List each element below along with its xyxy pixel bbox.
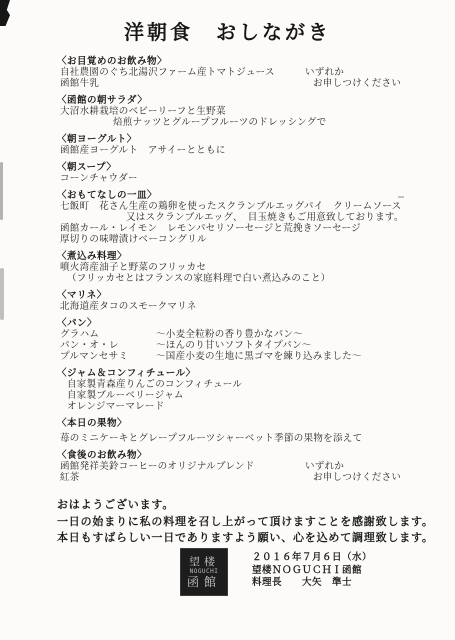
footer: 望楼 NOGUCHI 函館 ２０１６年７月６日（水） 望楼ＮＯＧＵＣＨＩ函館 料… — [180, 548, 372, 596]
section-heading: 〈朝ヨーグルト〉 — [57, 134, 455, 145]
menu-sections: 〈お目覚めのお飲み物〉自社農園のぐち北湯沢ファーム産トマトジュースいずれか函館牛… — [57, 56, 455, 483]
menu-section: 〈本日の果物〉苺のミニケーキとグレープフルーツシャーベット季節の果物を添えて — [57, 418, 455, 444]
menu-item-row: オレンジマーマレード — [57, 401, 455, 412]
stamp-logo-text: 函館 — [187, 576, 221, 589]
greeting-block: おはようございます。 一日の始まりに私の料理を召し上がって頂けますことを感謝致し… — [57, 497, 455, 547]
menu-section: 〈煮込み料理〉噴火湾産油子と野菜のフリッカセ（フリッカセとはフランスの家庭料理で… — [57, 251, 455, 284]
menu-item-text: 自社農園のぐち北湯沢ファーム産トマトジュース — [60, 67, 275, 78]
menu-item-row: 函館産ヨーグルト アサイーとともに — [57, 145, 455, 156]
menu-item-text: パン・オ・レ — [60, 340, 156, 351]
menu-item-text: 函館発祥美鈴コーヒーのオリジナルブレンド — [60, 461, 255, 472]
section-heading: 〈ジャム＆コンフィチュール〉 — [57, 368, 455, 379]
greeting-line: おはようございます。 — [57, 497, 455, 514]
chef-name: 料理長 大矢 準士 — [252, 577, 372, 590]
menu-section: 〈おもてなしの一皿〉七飯町 花さん生産の鶏卵を使ったスクランブルエッグパイ クリ… — [57, 190, 455, 245]
menu-item-text: コーンチャウダー — [60, 173, 138, 184]
section-heading: 〈マリネ〉 — [57, 290, 455, 301]
menu-item-text: 厚切りの味噌漬けベーコングリル — [60, 234, 207, 245]
page-title: 洋朝食 おしながき — [0, 0, 455, 46]
menu-item-row: 紅茶お申しつけください — [57, 472, 455, 483]
menu-item-row: 焙煎ナッツとグループフルーツのドレッシングで — [57, 117, 455, 128]
section-heading: 〈函館の朝サラダ〉 — [57, 95, 455, 106]
menu-item-row: （フリッカセとはフランスの家庭料理で白い煮込みのこと） — [57, 273, 455, 284]
menu-item-description: 〜国産小麦の生地に黒ゴマを練り込みました〜 — [156, 351, 362, 362]
menu-item-row: 自家製ブルーベリージャム — [57, 390, 455, 401]
menu-item-row: 大沼水耕栽培のベビーリーフと生野菜 — [57, 106, 455, 117]
section-heading: 〈パン〉 — [57, 318, 455, 329]
menu-item-row: コーンチャウダー — [57, 173, 455, 184]
menu-section: 〈食後のお飲み物〉函館発祥美鈴コーヒーのオリジナルブレンドいずれか紅茶お申しつけ… — [57, 450, 455, 483]
menu-item-row: 北海道産タコのスモークマリネ — [57, 301, 455, 312]
section-heading: 〈本日の果物〉 — [57, 418, 455, 429]
menu-item-row: 又はスクランブルエッグ、 目玉焼きもご用意致しております。 — [57, 212, 455, 223]
menu-section: 〈ジャム＆コンフィチュール〉自家製青森産りんごのコンフィチュール自家製ブルーベリ… — [57, 368, 455, 412]
section-heading: 〈食後のお飲み物〉 — [57, 450, 455, 461]
scan-speck — [398, 196, 404, 198]
menu-item-row: 自社農園のぐち北湯沢ファーム産トマトジュースいずれか — [57, 67, 455, 78]
menu-section: 〈朝スープ〉コーンチャウダー — [57, 162, 455, 184]
scan-edge-mark — [0, 162, 3, 220]
menu-item-row: 自家製青森産りんごのコンフィチュール — [57, 379, 455, 390]
menu-item-text: 又はスクランブルエッグ、 目玉焼きもご用意致しております。 — [126, 212, 404, 223]
stamp-logo-text: 望楼 — [189, 556, 219, 567]
section-heading: 〈朝スープ〉 — [57, 162, 455, 173]
menu-item-row: 七飯町 花さん生産の鶏卵を使ったスクランブルエッグパイ クリームソース — [57, 201, 455, 212]
menu-item-row: パン・オ・レ〜ほんのり甘いソフトタイプパン〜 — [57, 340, 455, 351]
menu-section: 〈朝ヨーグルト〉函館産ヨーグルト アサイーとともに — [57, 134, 455, 156]
footer-info: ２０１６年７月６日（水） 望楼ＮＯＧＵＣＨＩ函館 料理長 大矢 準士 — [252, 548, 372, 596]
greeting-line: 一日の始まりに私の料理を召し上がって頂けますことを感謝致します。 — [57, 514, 455, 531]
menu-item-text: 函館産ヨーグルト アサイーとともに — [60, 145, 226, 156]
menu-item-row: 苺のミニケーキとグレープフルーツシャーベット季節の果物を添えて — [57, 433, 455, 444]
menu-item-text: 函館カール・レイモン レモンパセリソーセージと荒挽きソーセージ — [60, 223, 361, 234]
menu-item-description: 〜ほんのり甘いソフトタイプパン〜 — [156, 340, 312, 351]
menu-item-description: 〜小麦全粒粉の香り豊かなパン〜 — [156, 329, 303, 340]
menu-item-row: 函館牛乳お申しつけください — [57, 78, 455, 89]
menu-section: 〈パン〉グラハム〜小麦全粒粉の香り豊かなパン〜パン・オ・レ〜ほんのり甘いソフトタ… — [57, 318, 455, 362]
menu-item-text: グラハム — [60, 329, 156, 340]
menu-item-text: 苺のミニケーキとグレープフルーツシャーベット季節の果物を添えて — [60, 433, 362, 444]
section-heading: 〈おもてなしの一皿〉 — [57, 190, 455, 201]
menu-item-text: 紅茶 — [60, 472, 80, 483]
menu-item-text: 大沼水耕栽培のベビーリーフと生野菜 — [60, 106, 226, 117]
menu-section: 〈函館の朝サラダ〉大沼水耕栽培のベビーリーフと生野菜焙煎ナッツとグループフルーツ… — [57, 95, 455, 128]
menu-item-text: 自家製青森産りんごのコンフィチュール — [67, 379, 242, 390]
menu-item-row: 函館カール・レイモン レモンパセリソーセージと荒挽きソーセージ — [57, 223, 455, 234]
choice-note: いずれか — [305, 67, 344, 78]
menu-date: ２０１６年７月６日（水） — [252, 552, 372, 565]
menu-item-text: プルマンセサミ — [60, 351, 156, 362]
menu-item-text: 七飯町 花さん生産の鶏卵を使ったスクランブルエッグパイ クリームソース — [60, 201, 401, 212]
hotel-name: 望楼ＮＯＧＵＣＨＩ函館 — [252, 565, 372, 578]
menu-item-text: （フリッカセとはフランスの家庭料理で白い煮込みのこと） — [67, 273, 331, 284]
menu-item-row: 噴火湾産油子と野菜のフリッカセ — [57, 262, 455, 273]
menu-item-row: 厚切りの味噌漬けベーコングリル — [57, 234, 455, 245]
choice-note: いずれか — [305, 461, 344, 472]
menu-item-row: 函館発祥美鈴コーヒーのオリジナルブレンドいずれか — [57, 461, 455, 472]
scan-edge-mark — [0, 268, 4, 320]
choice-note: お申しつけください — [313, 78, 401, 89]
menu-section: 〈お目覚めのお飲み物〉自社農園のぐち北湯沢ファーム産トマトジュースいずれか函館牛… — [57, 56, 455, 89]
menu-item-row: プルマンセサミ〜国産小麦の生地に黒ゴマを練り込みました〜 — [57, 351, 455, 362]
section-heading: 〈煮込み料理〉 — [57, 251, 455, 262]
menu-item-text: 函館牛乳 — [60, 78, 99, 89]
menu-item-text: オレンジマーマレード — [67, 401, 165, 412]
section-heading: 〈お目覚めのお飲み物〉 — [57, 56, 455, 67]
menu-item-text: 焙煎ナッツとグループフルーツのドレッシングで — [113, 117, 326, 128]
choice-note: お申しつけください — [313, 472, 401, 483]
menu-item-text: 自家製ブルーベリージャム — [67, 390, 184, 401]
noguchi-stamp-logo: 望楼 NOGUCHI 函館 — [180, 548, 228, 596]
menu-item-row: グラハム〜小麦全粒粉の香り豊かなパン〜 — [57, 329, 455, 340]
menu-item-text: 北海道産タコのスモークマリネ — [60, 301, 197, 312]
menu-document: 洋朝食 おしながき 〈お目覚めのお飲み物〉自社農園のぐち北湯沢ファーム産トマトジ… — [0, 0, 455, 640]
greeting-line: 本日もすばらしい一日でありますよう願い、心を込めて調理致します。 — [57, 530, 455, 547]
menu-section: 〈マリネ〉北海道産タコのスモークマリネ — [57, 290, 455, 312]
menu-item-text: 噴火湾産油子と野菜のフリッカセ — [60, 262, 206, 273]
